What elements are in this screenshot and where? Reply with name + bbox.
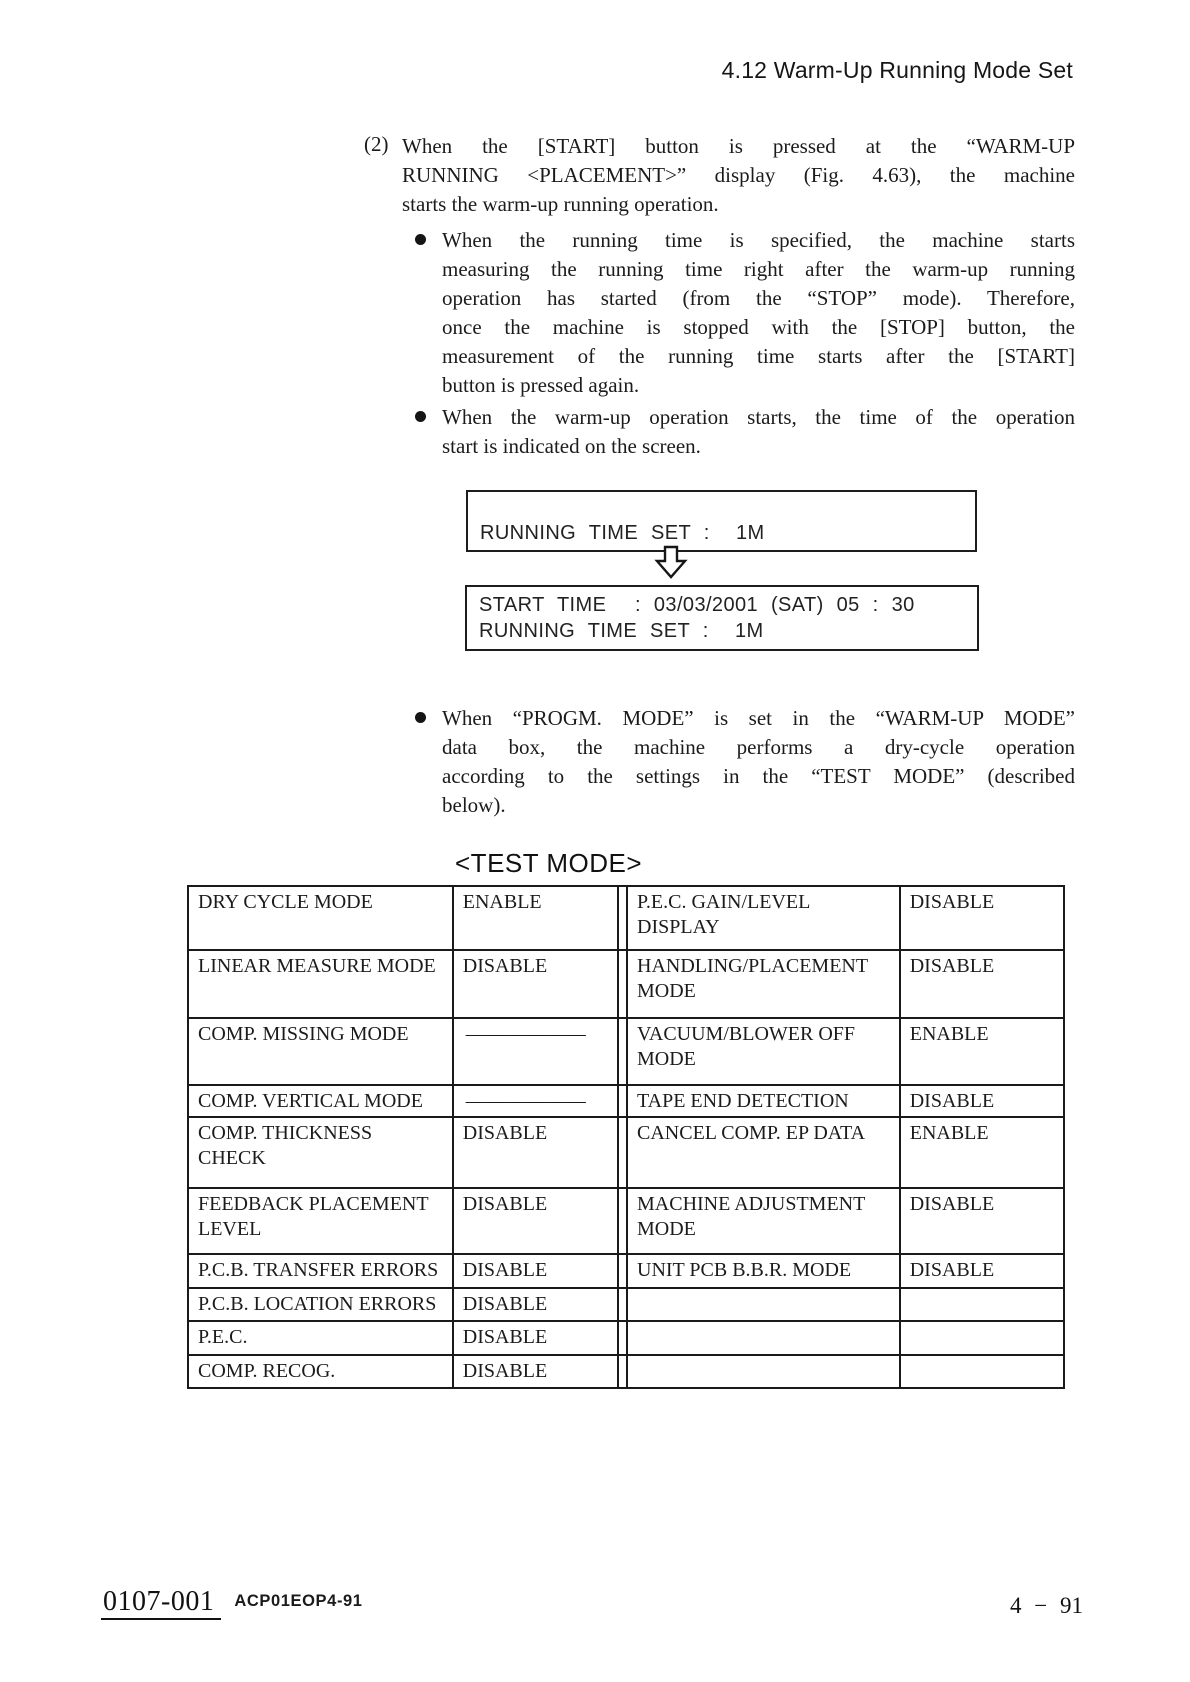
- cell-right-value: ENABLE: [901, 1118, 1063, 1187]
- text-line: below).: [442, 791, 1075, 820]
- cell-right-value: DISABLE: [901, 1189, 1063, 1253]
- cell-left-label: COMP. THICKNESS CHECK: [189, 1118, 454, 1187]
- text-line: according to the settings in the “TEST M…: [442, 762, 1075, 791]
- cell-left-value: DISABLE: [454, 1356, 619, 1387]
- paragraph-2: When the [START] button is pressed at th…: [402, 132, 1075, 219]
- text-line: When the running time is specified, the …: [442, 226, 1075, 255]
- column-divider: [619, 1189, 628, 1253]
- cell-right-label: P.E.C. GAIN/LEVEL DISPLAY: [628, 887, 901, 949]
- table-row: P.E.C. DISABLE: [189, 1322, 1063, 1356]
- cell-right-value: DISABLE: [901, 1255, 1063, 1287]
- footer-doc-code: ACP01EOP4-91: [234, 1592, 362, 1611]
- bullet-2-text: When the warm-up operation starts, the t…: [442, 403, 1075, 461]
- test-mode-table: DRY CYCLE MODE ENABLE P.E.C. GAIN/LEVEL …: [187, 885, 1065, 1389]
- cell-right-label: [628, 1289, 901, 1320]
- text-line: When the warm-up operation starts, the t…: [442, 403, 1075, 432]
- cell-left-value: DISABLE: [454, 1255, 619, 1287]
- screen-value: 1M: [735, 618, 764, 644]
- cell-right-label: [628, 1322, 901, 1354]
- cell-right-value: DISABLE: [901, 1086, 1063, 1116]
- text-line: RUNNING <PLACEMENT>” display (Fig. 4.63)…: [402, 161, 1075, 190]
- cell-right-label: VACUUM/BLOWER OFF MODE: [628, 1019, 901, 1084]
- text-line: starts the warm-up running operation.: [402, 190, 1075, 219]
- cell-left-value: DISABLE: [454, 1322, 619, 1354]
- cell-left-label: COMP. RECOG.: [189, 1356, 454, 1387]
- cell-left-value: DISABLE: [454, 951, 619, 1017]
- column-divider: [619, 887, 628, 949]
- cell-right-value: [901, 1289, 1063, 1320]
- screen-line: START TIME : 03/03/2001 (SAT) 05 : 30: [467, 592, 977, 618]
- lcd-screen-start-time: START TIME : 03/03/2001 (SAT) 05 : 30 RU…: [465, 585, 979, 651]
- cell-right-value: ENABLE: [901, 1019, 1063, 1084]
- cell-left-label: LINEAR MEASURE MODE: [189, 951, 454, 1017]
- screen-label: RUNNING TIME SET :: [480, 520, 710, 546]
- cell-right-value: [901, 1322, 1063, 1354]
- column-divider: [619, 1019, 628, 1084]
- table-row: FEEDBACK PLACEMENT LEVEL DISABLE MACHINE…: [189, 1189, 1063, 1255]
- table-row: DRY CYCLE MODE ENABLE P.E.C. GAIN/LEVEL …: [189, 887, 1063, 951]
- cell-left-label: P.E.C.: [189, 1322, 454, 1354]
- cell-left-label: COMP. VERTICAL MODE: [189, 1086, 454, 1116]
- screen-label: RUNNING TIME SET :: [479, 618, 709, 644]
- bullet-dot-icon: [415, 712, 426, 723]
- cell-left-value: ——————: [454, 1086, 619, 1116]
- lcd-screen-running-time: RUNNING TIME SET : 1M: [466, 490, 977, 552]
- bullet-item-1: When the running time is specified, the …: [414, 226, 1075, 400]
- paragraph-number: (2): [364, 132, 389, 157]
- cell-right-value: DISABLE: [901, 951, 1063, 1017]
- bullet-dot-icon: [415, 234, 426, 245]
- table-row: COMP. THICKNESS CHECK DISABLE CANCEL COM…: [189, 1118, 1063, 1189]
- bullet-1-text: When the running time is specified, the …: [442, 226, 1075, 400]
- screen-value: : 03/03/2001 (SAT) 05 : 30: [635, 592, 915, 618]
- cell-left-value: ——————: [454, 1019, 619, 1084]
- column-divider: [619, 1118, 628, 1187]
- column-divider: [619, 1086, 628, 1116]
- cell-left-label: COMP. MISSING MODE: [189, 1019, 454, 1084]
- text-line: When the [START] button is pressed at th…: [402, 132, 1075, 161]
- table-row: P.C.B. LOCATION ERRORS DISABLE: [189, 1289, 1063, 1322]
- text-line: operation has started (from the “STOP” m…: [442, 284, 1075, 313]
- text-line: data box, the machine performs a dry-cyc…: [442, 733, 1075, 762]
- table-row: P.C.B. TRANSFER ERRORS DISABLE UNIT PCB …: [189, 1255, 1063, 1289]
- cell-left-label: P.C.B. TRANSFER ERRORS: [189, 1255, 454, 1287]
- text-line: measuring the running time right after t…: [442, 255, 1075, 284]
- bullet-3-text: When “PROGM. MODE” is set in the “WARM-U…: [442, 704, 1075, 820]
- footer-doc-info: 0107-001 ACP01EOP4-91: [101, 1586, 363, 1620]
- cell-right-value: DISABLE: [901, 887, 1063, 949]
- text-line: When “PROGM. MODE” is set in the “WARM-U…: [442, 704, 1075, 733]
- cell-left-label: P.C.B. LOCATION ERRORS: [189, 1289, 454, 1320]
- text-line: measurement of the running time starts a…: [442, 342, 1075, 371]
- bullet-dot-icon: [415, 411, 426, 422]
- cell-left-label: FEEDBACK PLACEMENT LEVEL: [189, 1189, 454, 1253]
- column-divider: [619, 1255, 628, 1287]
- cell-right-value: [901, 1356, 1063, 1387]
- footer-doc-number: 0107-001: [101, 1586, 221, 1620]
- cell-right-label: TAPE END DETECTION: [628, 1086, 901, 1116]
- cell-left-value: DISABLE: [454, 1189, 619, 1253]
- cell-left-value: ENABLE: [454, 887, 619, 949]
- test-mode-heading: <TEST MODE>: [455, 848, 642, 879]
- text-line: button is pressed again.: [442, 371, 1075, 400]
- screen-value: 1M: [736, 520, 765, 546]
- cell-right-label: MACHINE ADJUSTMENT MODE: [628, 1189, 901, 1253]
- footer-page-number: 4 − 91: [1010, 1593, 1083, 1619]
- table-row: COMP. MISSING MODE —————— VACUUM/BLOWER …: [189, 1019, 1063, 1086]
- table-row: COMP. VERTICAL MODE —————— TAPE END DETE…: [189, 1086, 1063, 1118]
- cell-right-label: CANCEL COMP. EP DATA: [628, 1118, 901, 1187]
- text-line: start is indicated on the screen.: [442, 432, 1075, 461]
- down-arrow-icon: [654, 545, 688, 580]
- manual-page: 4.12 Warm-Up Running Mode Set (2) When t…: [0, 0, 1190, 1682]
- cell-right-label: [628, 1356, 901, 1387]
- column-divider: [619, 1356, 628, 1387]
- column-divider: [619, 1289, 628, 1320]
- screen-line: RUNNING TIME SET : 1M: [467, 618, 977, 644]
- bullet-item-3: When “PROGM. MODE” is set in the “WARM-U…: [414, 704, 1075, 820]
- column-divider: [619, 1322, 628, 1354]
- table-row: LINEAR MEASURE MODE DISABLE HANDLING/PLA…: [189, 951, 1063, 1019]
- cell-right-label: UNIT PCB B.B.R. MODE: [628, 1255, 901, 1287]
- cell-left-label: DRY CYCLE MODE: [189, 887, 454, 949]
- screen-line: RUNNING TIME SET : 1M: [468, 520, 975, 546]
- screen-label: START TIME: [479, 592, 606, 618]
- cell-left-value: DISABLE: [454, 1118, 619, 1187]
- section-header: 4.12 Warm-Up Running Mode Set: [722, 57, 1073, 84]
- column-divider: [619, 951, 628, 1017]
- text-line: once the machine is stopped with the [ST…: [442, 313, 1075, 342]
- table-row: COMP. RECOG. DISABLE: [189, 1356, 1063, 1387]
- cell-left-value: DISABLE: [454, 1289, 619, 1320]
- cell-right-label: HANDLING/PLACEMENT MODE: [628, 951, 901, 1017]
- bullet-item-2: When the warm-up operation starts, the t…: [414, 403, 1075, 461]
